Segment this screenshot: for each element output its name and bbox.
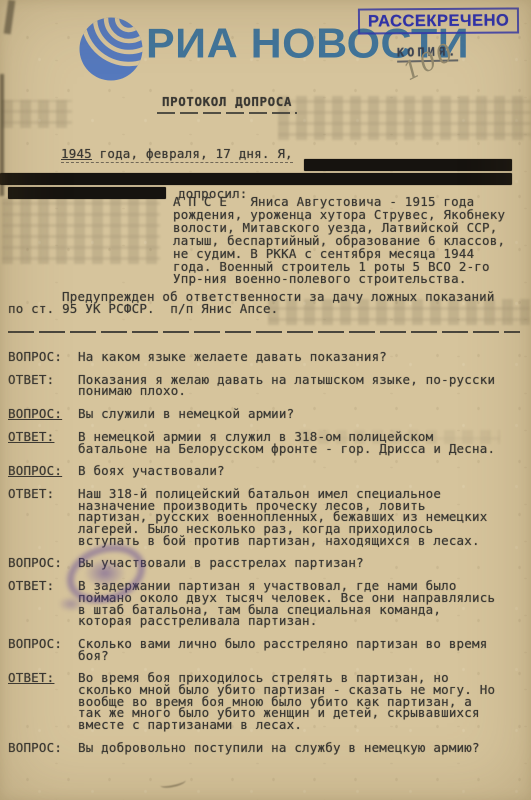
qa-item: ОТВЕТ: В немецкой армии я служил в 318-о… (8, 431, 524, 454)
date-year: 1945 (61, 146, 92, 161)
qa-label: ВОПРОС: (8, 408, 78, 420)
scanned-document-page: РИА НОВОСТИ РАССЕКРЕЧЕНО КОПИЯ. 100 ПРОТ… (0, 0, 531, 800)
qa-item: ВОПРОС: Вы участвовали в расстрелах парт… (8, 557, 524, 569)
document-title: ПРОТОКОЛ ДОПРОСА (162, 94, 292, 109)
ink-stamp-smudge (58, 596, 84, 612)
title-underline (157, 112, 297, 114)
qa-item: ОТВЕТ: В задержании партизан я участвова… (8, 580, 524, 627)
qa-label: ВОПРОС: (8, 557, 78, 569)
qa-text: Вы участвовали в расстрелах партизан? (78, 557, 502, 569)
qa-text: Во время боя приходилось стрелять в парт… (78, 672, 502, 731)
scan-artifact (4, 0, 16, 34)
qa-text: Вы служили в немецкой армии? (78, 408, 502, 420)
pencil-mark (159, 776, 186, 789)
redaction-bar (8, 187, 166, 199)
qa-text: В боях участвовали? (78, 465, 502, 477)
date-line: 1945 года, февраля, 17 дня. Я, (61, 146, 293, 163)
qa-label: ОТВЕТ: (8, 374, 78, 397)
ink-bleedthrough (2, 100, 72, 128)
date-rest: года, февраля, 17 дня. Я, (92, 146, 293, 161)
qa-text: Сколько вами лично было расстреляно парт… (78, 638, 502, 661)
qa-item: ВОПРОС: Вы добровольно поступили на служ… (8, 742, 524, 754)
qa-item: ВОПРОС: На каком языке желаете давать по… (8, 351, 524, 363)
redaction-bar (304, 159, 512, 171)
qa-item: ВОПРОС: В боях участвовали? (8, 465, 524, 477)
declassified-stamp: РАССЕКРЕЧЕНО (358, 7, 520, 34)
qa-item: ОТВЕТ: Показания я желаю давать на латыш… (8, 374, 524, 397)
qa-label: ВОПРОС: (8, 638, 78, 661)
warning-line-2: по ст. 95 УК РСФСР. п/п Янис Апсе. (8, 301, 278, 316)
qa-label: ВОПРОС: (8, 465, 78, 477)
redaction-bar (0, 173, 512, 185)
qa-label: ВОПРОС: (8, 742, 78, 754)
subject-description: А П С Е Яниса Августовича - 1915 года ро… (173, 196, 513, 286)
separator-line (8, 331, 520, 333)
qa-text: Показания я желаю давать на латышском яз… (78, 374, 502, 397)
qa-item: ВОПРОС: Вы служили в немецкой армии? (8, 408, 524, 420)
qa-label: ОТВЕТ: (8, 488, 78, 547)
ria-novosti-globe-icon (79, 16, 143, 82)
qa-text: В немецкой армии я служил в 318-ом полиц… (78, 431, 502, 454)
qa-text: Вы добровольно поступили на службу в нем… (78, 742, 502, 754)
qa-item: ОТВЕТ: Наш 318-й полицейский батальон им… (8, 488, 524, 547)
qa-label: ВОПРОС: (8, 351, 78, 363)
qa-text: Наш 318-й полицейский батальон имел спец… (78, 488, 502, 547)
qa-label: ОТВЕТ: (8, 672, 78, 731)
qa-item: ОТВЕТ: Во время боя приходилось стрелять… (8, 672, 524, 731)
qa-text: В задержании партизан я участвовал, где … (78, 580, 502, 627)
qa-item: ВОПРОС: Сколько вами лично было расстрел… (8, 638, 524, 661)
declassified-stamp-text: РАССЕКРЕЧЕНО (368, 12, 509, 31)
ink-bleedthrough (278, 96, 531, 140)
qa-text: На каком языке желаете давать показания? (78, 351, 502, 363)
ink-bleedthrough (2, 198, 160, 264)
qa-label: ОТВЕТ: (8, 431, 78, 454)
qa-list: ВОПРОС: На каком языке желаете давать по… (8, 351, 524, 765)
